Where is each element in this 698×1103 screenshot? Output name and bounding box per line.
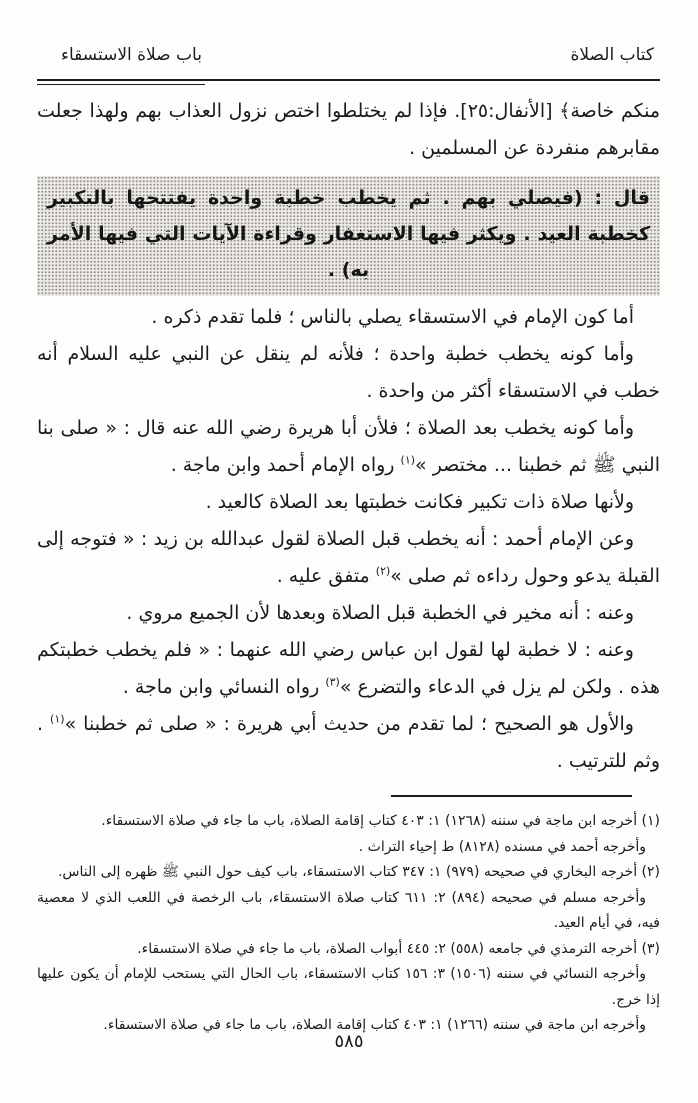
body-text: منكم خاصة﴾ [الأنفال:٢٥]. فإذا لم يختلطوا… bbox=[37, 93, 660, 780]
paragraph-khutbah-after-prayer: وأما كونه يخطب بعد الصلاة ؛ فلأن أبا هري… bbox=[37, 410, 660, 484]
header-rule bbox=[37, 79, 660, 85]
paragraph-imam-leads: أما كون الإمام في الاستسقاء يصلي بالناس … bbox=[37, 299, 660, 336]
paragraph-text: رواه الإمام أحمد وابن ماجة . bbox=[171, 454, 401, 476]
paragraph-quran-continuation: منكم خاصة﴾ [الأنفال:٢٥]. فإذا لم يختلطوا… bbox=[37, 93, 660, 167]
footnote-2: (٢) أخرجه البخاري في صحيحه (٩٧٩) ١: ٣٤٧ … bbox=[37, 860, 660, 886]
footnote-2-continuation: وأخرجه مسلم في صحيحه (٨٩٤) ٢: ٦١١ كتاب ص… bbox=[37, 886, 660, 937]
paragraph-choice-opinion: وعنه : أنه مخير في الخطبة قبل الصلاة وبع… bbox=[37, 595, 660, 632]
paragraph-text: متفق عليه . bbox=[277, 565, 376, 587]
footnote-marker-2: (٢) bbox=[376, 565, 391, 578]
header-rule-main bbox=[37, 79, 660, 81]
footnote-1: (١) أخرجه ابن ماجة في سننه (١٢٦٨) ١: ٤٠٣… bbox=[37, 809, 660, 835]
footnote-3-continuation-a: وأخرجه النسائي في سننه (١٥٠٦) ٣: ١٥٦ كتا… bbox=[37, 962, 660, 1013]
paragraph-one-khutbah: وأما كونه يخطب خطبة واحدة ؛ فلأنه لم ينق… bbox=[37, 336, 660, 410]
footnote-marker-1-repeat: (١) bbox=[50, 713, 65, 726]
page-number: ٥٨٥ bbox=[0, 1031, 698, 1052]
paragraph-no-khutbah-opinion: وعنه : لا خطبة لها لقول ابن عباس رضي الل… bbox=[37, 632, 660, 706]
footnotes-section: (١) أخرجه ابن ماجة في سننه (١٢٦٨) ١: ٤٠٣… bbox=[37, 809, 660, 1039]
chapter-title: باب صلاة الاستسقاء bbox=[39, 42, 202, 68]
page-header: كتاب الصلاة باب صلاة الاستسقاء bbox=[37, 42, 660, 68]
paragraph-correct-view: والأول هو الصحيح ؛ لما تقدم من حديث أبي … bbox=[37, 706, 660, 780]
footnote-3: (٣) أخرجه الترمذي في جامعه (٥٥٨) ٢: ٤٤٥ … bbox=[37, 937, 660, 963]
book-page: كتاب الصلاة باب صلاة الاستسقاء منكم خاصة… bbox=[0, 0, 698, 1103]
footnote-1-continuation: وأخرجه أحمد في مسنده (٨١٢٨) ط إحياء التر… bbox=[37, 835, 660, 861]
footnote-marker-1: (١) bbox=[401, 454, 416, 467]
header-rule-sub bbox=[37, 84, 205, 85]
matn-highlight-block: قال : (فيصلي بهم . ثم يخطب خطبة واحدة يف… bbox=[37, 176, 660, 296]
book-title: كتاب الصلاة bbox=[570, 42, 658, 68]
paragraph-text: رواه النسائي وابن ماجة . bbox=[123, 676, 326, 698]
footnote-marker-3: (٣) bbox=[325, 676, 340, 689]
paragraph-text: والأول هو الصحيح ؛ لما تقدم من حديث أبي … bbox=[65, 713, 634, 735]
paragraph-ahmad-before-prayer: وعن الإمام أحمد : أنه يخطب قبل الصلاة لق… bbox=[37, 521, 660, 595]
paragraph-takbir-analogy: ولأنها صلاة ذات تكبير فكانت خطبتها بعد ا… bbox=[37, 484, 660, 521]
footnote-separator-rule bbox=[391, 795, 632, 797]
